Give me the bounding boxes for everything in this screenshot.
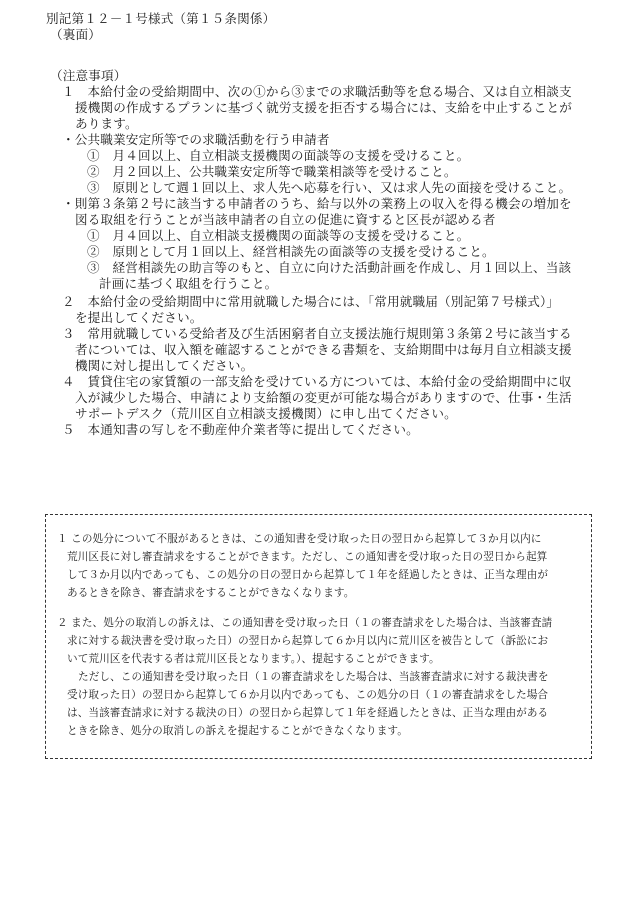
- appeal-para-3-line-3: は、当該審査請求に対する裁決の日）の翌日から起算して１年を経過したときは、正当な…: [67, 706, 548, 720]
- group-a-item-3: ③ 原則として週１回以上、求人先へ応募を行い、又は求人先の面接を受けること。: [87, 180, 571, 196]
- note-item-1-line-1: １ 本給付金の受給期間中、次の①から③までの求職活動等を怠る場合、又は自立相談支: [62, 84, 572, 100]
- note-item-2-line-2: を提出してください。: [75, 310, 202, 326]
- group-b-item-3-cont: 計画に基づく取組を行うこと。: [99, 276, 277, 292]
- appeal-para-1-line-2: 荒川区長に対し審査請求をすることができます。ただし、この通知書を受け取った日の翌…: [67, 550, 547, 564]
- note-item-2-line-1: ２ 本給付金の受給期間中に常用就職した場合には、「常用就職届（別記第７号様式）」: [62, 294, 559, 310]
- appeal-para-1-line-3: して３か月以内であっても、この処分の日の翌日から起算して１年を経過したときは、正…: [67, 568, 548, 582]
- document-page: 別記第１２－１号様式（第１５条関係） （裏面） （注意事項） １ 本給付金の受給…: [0, 0, 630, 903]
- group-a-item-2: ② 月２回以上、公共職業安定所等で職業相談等を受けること。: [87, 164, 457, 180]
- note-item-5-line-1: ５ 本通知書の写しを不動産仲介業者等に提出してください。: [62, 422, 419, 438]
- appeal-notice-box: １ この処分について不服があるときは、この通知書を受け取った日の翌日から起算して…: [45, 514, 592, 759]
- group-b-item-1: ① 月４回以上、自立相談支援機関の面談等の支援を受けること。: [87, 228, 469, 244]
- appeal-para-3-line-4: ときを除き、処分の取消しの訴えを提起することができなくなります。: [67, 724, 408, 738]
- group-b-heading-line-1: ・則第３条第２号に該当する申請者のうち、給与以外の業務上の収入を得る機会の増加を: [62, 196, 572, 212]
- group-b-item-3: ③ 経営相談先の助言等のもと、自立に向けた活動計画を作成し、月１回以上、当該: [87, 260, 571, 276]
- notes-heading: （注意事項）: [50, 68, 126, 84]
- note-item-4-line-1: ４ 賃貸住宅の家賃額の一部支給を受けている方については、本給付金の受給期間中に収: [62, 374, 572, 390]
- appeal-para-2-line-2: 求に対する裁決書を受け取った日）の翌日から起算して６か月以内に荒川区を被告として…: [67, 634, 548, 648]
- appeal-para-3-line-2: 受け取った日）の翌日から起算して６か月以内であっても、この処分の日（１の審査請求…: [67, 688, 548, 702]
- appeal-para-1-line-4: あるときを除き、審査請求をすることができなくなります。: [67, 586, 354, 600]
- appeal-para-1-line-1: １ この処分について不服があるときは、この通知書を受け取った日の翌日から起算して…: [57, 532, 541, 546]
- appeal-para-2-line-1: ２ また、処分の取消しの訴えは、この通知書を受け取った日（１の審査請求をした場合…: [57, 616, 552, 630]
- page-side-label: （裏面）: [50, 27, 101, 43]
- note-item-3-line-2: 者については、収入額を確認することができる書類を、支給期間中は毎月自立相談支援: [75, 342, 572, 358]
- note-item-3-line-3: 機関に対し提出してください。: [75, 358, 253, 374]
- note-item-1-line-2: 援機関の作成するプランに基づく就労支援を拒否する場合には、支給を中止することが: [75, 100, 572, 116]
- group-a-heading: ・公共職業安定所等での求職活動を行う申請者: [62, 132, 330, 148]
- group-a-item-1: ① 月４回以上、自立相談支援機関の面談等の支援を受けること。: [87, 148, 469, 164]
- note-item-3-line-1: ３ 常用就職している受給者及び生活困窮者自立支援法施行規則第３条第２号に該当する: [62, 326, 572, 342]
- group-b-heading-line-2: 図る取組を行うことが当該申請者の自立の促進に資すると区長が認める者: [75, 212, 496, 228]
- note-item-1-line-3: あります。: [75, 116, 138, 132]
- form-title: 別記第１２－１号様式（第１５条関係）: [46, 11, 275, 27]
- appeal-para-3-line-1: ただし、この通知書を受け取った日（１の審査請求をした場合は、当該審査請求に対する…: [78, 670, 549, 684]
- group-b-item-2: ② 原則として月１回以上、経営相談先の面談等の支援を受けること。: [87, 244, 495, 260]
- appeal-para-2-line-3: いて荒川区を代表する者は荒川区長となります。）、提起することができます。: [67, 652, 440, 666]
- note-item-4-line-2: 入が減少した場合、申請により支給額の変更が可能な場合がありますので、仕事・生活: [75, 390, 572, 406]
- note-item-4-line-3: サポートデスク（荒川区自立相談支援機関）に申し出てください。: [75, 406, 457, 422]
